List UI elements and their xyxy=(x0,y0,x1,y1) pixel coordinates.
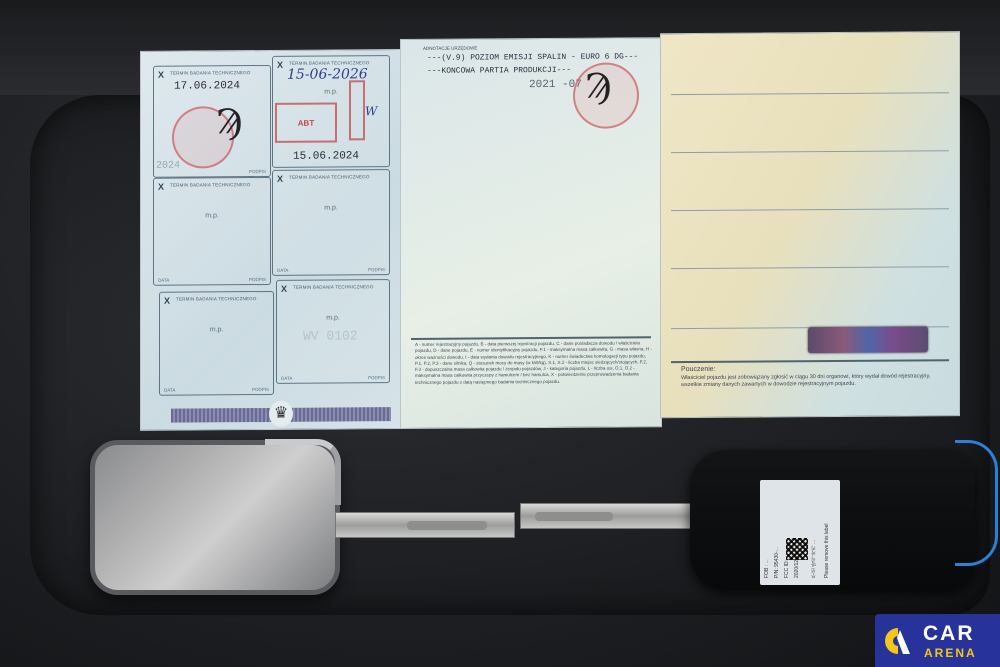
car-key-fob-black: FOB : ... P/N: 95430-... FCC ID: ... 202… xyxy=(690,450,975,590)
field-legend: A - numer rejestracyjny pojazdu, B - dat… xyxy=(415,340,653,386)
blade-groove xyxy=(407,521,487,530)
production-line: ---KONCOWA PARTIA PRODUKCJI--- xyxy=(427,66,571,76)
inspection-date: 17.06.2024 xyxy=(174,80,240,92)
box-header: TERMIN BADANIA TECHNICZNEGO xyxy=(289,174,370,180)
label-line: FCC ID: ... xyxy=(784,486,790,578)
emission-line: ---(V.9) POZIOM EMISJI SPALIN - EURO 6 D… xyxy=(427,52,638,62)
inspection-box-1: X TERMIN BADANIA TECHNICZNEGO 17.06.2024… xyxy=(153,65,271,178)
registration-document: X TERMIN BADANIA TECHNICZNEGO 17.06.2024… xyxy=(140,27,960,428)
inspection-box-3: X TERMIN BADANIA TECHNICZNEGO m.p. DATA … xyxy=(153,177,271,286)
podpis-label: PODPIS xyxy=(249,169,266,174)
signature: Ϡ xyxy=(216,102,243,142)
key-blade-2 xyxy=(520,503,695,529)
box-header: TERMIN BADANIA TECHNICZNEGO xyxy=(293,284,374,290)
instruction-block: Pouczenie: Właściciel pojazdu jest zobow… xyxy=(681,364,946,388)
mp-label: m.p. xyxy=(273,204,389,212)
car-key-fob-silver xyxy=(90,440,340,595)
label-line: P/N: 95430-... xyxy=(774,486,780,578)
box-header: TERMIN BADANIA TECHNICZNEGO xyxy=(170,70,251,76)
blade-groove xyxy=(535,512,613,521)
podpis-label: PODPIS xyxy=(252,387,269,392)
logo-text-car: CAR xyxy=(923,622,975,646)
podpis-label: PODPIS xyxy=(368,267,385,272)
annotations-header: ADNOTACJE URZĘDOWE xyxy=(423,46,477,53)
ruled-line xyxy=(671,266,949,269)
signature: Ϡ xyxy=(585,67,612,107)
year-stamp: 2024 xyxy=(156,161,180,172)
podpis-label: PODPIS xyxy=(368,375,385,380)
mp-label: m.p. xyxy=(273,88,389,96)
label-line: 무선 방식 차키 ... xyxy=(810,486,817,578)
vertical-stamp xyxy=(349,80,365,140)
data-label: DATA xyxy=(164,388,175,393)
key-chrome-trim xyxy=(265,439,341,505)
ruled-line xyxy=(671,208,949,211)
label-line: FOB : ... xyxy=(764,486,770,578)
mp-label: m.p. xyxy=(154,212,270,220)
divider xyxy=(671,359,949,363)
box-header: TERMIN BADANIA TECHNICZNEGO xyxy=(176,296,257,302)
inspection-box-6: X TERMIN BADANIA TECHNICZNEGO m.p. WV 01… xyxy=(276,279,390,384)
ruled-line xyxy=(671,150,949,153)
car-arena-mark-icon xyxy=(885,626,911,656)
data-label: DATA xyxy=(277,268,288,273)
qr-code-icon xyxy=(786,538,808,560)
inspection-box-4: X TERMIN BADANIA TECHNICZNEGO m.p. DATA … xyxy=(272,169,390,276)
data-label: DATA xyxy=(158,278,169,283)
label-line: Please remove this label xyxy=(824,486,830,578)
label-line: 2020/12/27 xyxy=(794,486,800,578)
box-header: TERMIN BADANIA TECHNICZNEGO xyxy=(289,60,370,66)
ruled-line xyxy=(671,92,949,95)
x-mark: X xyxy=(281,284,287,294)
box-header: TERMIN BADANIA TECHNICZNEGO xyxy=(170,182,251,188)
divider xyxy=(411,336,651,340)
data-label: DATA xyxy=(281,376,292,381)
mp-label: m.p. xyxy=(277,314,389,322)
key-blade-1 xyxy=(335,512,515,538)
podpis-label: PODPIS xyxy=(249,277,266,282)
station-stamp: ABT xyxy=(275,102,337,142)
key-sticker-label: FOB : ... P/N: 95430-... FCC ID: ... 202… xyxy=(760,480,840,585)
watermark-text: WV 0102 xyxy=(303,328,358,343)
x-mark: X xyxy=(277,60,283,70)
blue-lanyard xyxy=(955,440,998,566)
logo-text-arena: ARENA xyxy=(924,646,977,660)
car-arena-logo: CAR ARENA xyxy=(875,614,1000,667)
inspector-signature: W xyxy=(365,104,377,118)
x-mark: X xyxy=(277,174,283,184)
hologram-icon xyxy=(808,326,928,353)
polish-eagle-icon: ♛ xyxy=(269,401,293,427)
page-annotations: ADNOTACJE URZĘDOWE ---(V.9) POZIOM EMISJ… xyxy=(400,37,662,429)
x-mark: X xyxy=(158,70,164,80)
inspection-box-2: X TERMIN BADANIA TECHNICZNEGO 15-06-2026… xyxy=(272,55,390,168)
inspection-box-5: X TERMIN BADANIA TECHNICZNEGO m.p. DATA … xyxy=(159,291,274,396)
x-mark: X xyxy=(158,182,164,192)
x-mark: X xyxy=(164,296,170,306)
mp-label: m.p. xyxy=(160,326,273,334)
inspection-date: 15.06.2024 xyxy=(293,150,359,162)
instruction-text: Właściciel pojazdu jest zobowiązany zgło… xyxy=(681,373,946,389)
page-blank-ruled: Pouczenie: Właściciel pojazdu jest zobow… xyxy=(660,31,960,418)
